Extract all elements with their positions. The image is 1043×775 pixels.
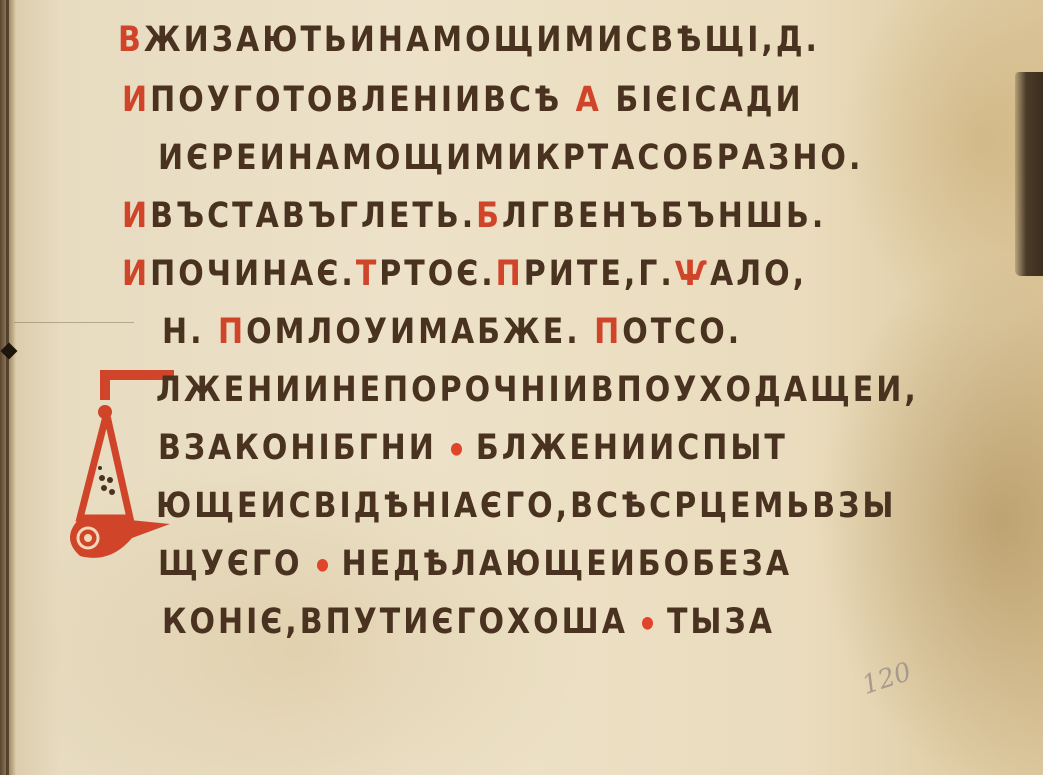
line-text: Н.	[162, 312, 205, 352]
red-dot-punctuation	[451, 443, 462, 456]
line-text: ВЪСТАВЪГЛЕТЬ.	[150, 196, 476, 236]
text-line-6: Н. ПОМЛОУИМАБЖЕ. ПОТСО.	[162, 312, 742, 352]
red-letter: Т	[356, 254, 379, 294]
red-initial: И	[122, 196, 150, 236]
line-text: ЛГВЕНЪБЪНШЬ.	[502, 196, 826, 236]
line-text: РИТЕ,Г.	[524, 254, 675, 294]
fold-crease	[14, 322, 134, 323]
red-letter: П	[218, 312, 246, 352]
line-text: ЛЖЕНИИНЕПОРОЧНІИВПОУХОДАЩЕИ,	[156, 370, 919, 410]
line-text: ИЄРЕИНАМОЩИМИКРТАСОБРАЗНО.	[158, 138, 863, 178]
red-dot-punctuation	[642, 617, 653, 630]
text-line-8: ВЗАКОНІБГНИБЛЖЕНИИСПЫТ	[158, 428, 788, 468]
line-text: НЕДѢЛАЮЩЕИБОБЕЗА	[342, 544, 793, 584]
line-text: ЮЩЕИСВІДѢНІАЄГО,ВСѢСРЦЕМЬВЗЫ	[156, 486, 896, 526]
line-text: ЖИЗАЮТЬИНАМОЩИМИСВѢЩІ,Д.	[144, 20, 820, 60]
red-letter: П	[496, 254, 524, 294]
line-text: БЛЖЕНИИСПЫТ	[476, 428, 788, 468]
binding-stitch-line	[6, 0, 9, 775]
line-text: ТЫЗА	[667, 602, 775, 642]
line-text: РТОЄ.	[379, 254, 495, 294]
text-line-7: ЛЖЕНИИНЕПОРОЧНІИВПОУХОДАЩЕИ,	[156, 370, 919, 410]
text-line-11: КОНІЄ,ВПУТИЄГОХОШАТЫЗА	[162, 602, 775, 642]
page-edge-shadow	[1015, 72, 1043, 276]
text-line-9: ЮЩЕИСВІДѢНІАЄГО,ВСѢСРЦЕМЬВЗЫ	[156, 486, 896, 526]
red-initial: В	[118, 20, 144, 60]
line-text: ПОЧИНАЄ.	[150, 254, 356, 294]
line-text: ЩУЄГО	[158, 544, 303, 584]
red-dot-punctuation	[317, 559, 328, 572]
line-text: БІЄІСАДИ	[615, 80, 803, 120]
text-line-4: ИВЪСТАВЪГЛЕТЬ.БЛГВЕНЪБЪНШЬ.	[122, 196, 826, 236]
line-text: ОТСО.	[622, 312, 742, 352]
line-text: ВЗАКОНІБГНИ	[158, 428, 437, 468]
line-text: ОМЛОУИМАБЖЕ.	[246, 312, 581, 352]
line-text: ПОУГОТОВЛЕНІИВСѢ	[150, 80, 562, 120]
text-line-3: ИЄРЕИНАМОЩИМИКРТАСОБРАЗНО.	[158, 138, 863, 178]
text-line-5: ИПОЧИНАЄ.ТРТОЄ.ПРИТЕ,Г.ѰАЛО,	[122, 254, 807, 294]
text-line-1: ВЖИЗАЮТЬИНАМОЩИМИСВѢЩІ,Д.	[118, 20, 820, 60]
red-initial: И	[122, 80, 150, 120]
line-text: АЛО,	[710, 254, 807, 294]
line-text: КОНІЄ,ВПУТИЄГОХОША	[162, 602, 628, 642]
red-letter: Ѱ	[675, 254, 710, 294]
red-letter: Б	[476, 196, 502, 236]
text-line-10: ЩУЄГОНЕДѢЛАЮЩЕИБОБЕЗА	[158, 544, 792, 584]
text-line-2: ИПОУГОТОВЛЕНІИВСѢ А БІЄІСАДИ	[122, 80, 804, 120]
red-letter: А	[576, 80, 602, 120]
red-letter: П	[594, 312, 622, 352]
red-initial: И	[122, 254, 150, 294]
